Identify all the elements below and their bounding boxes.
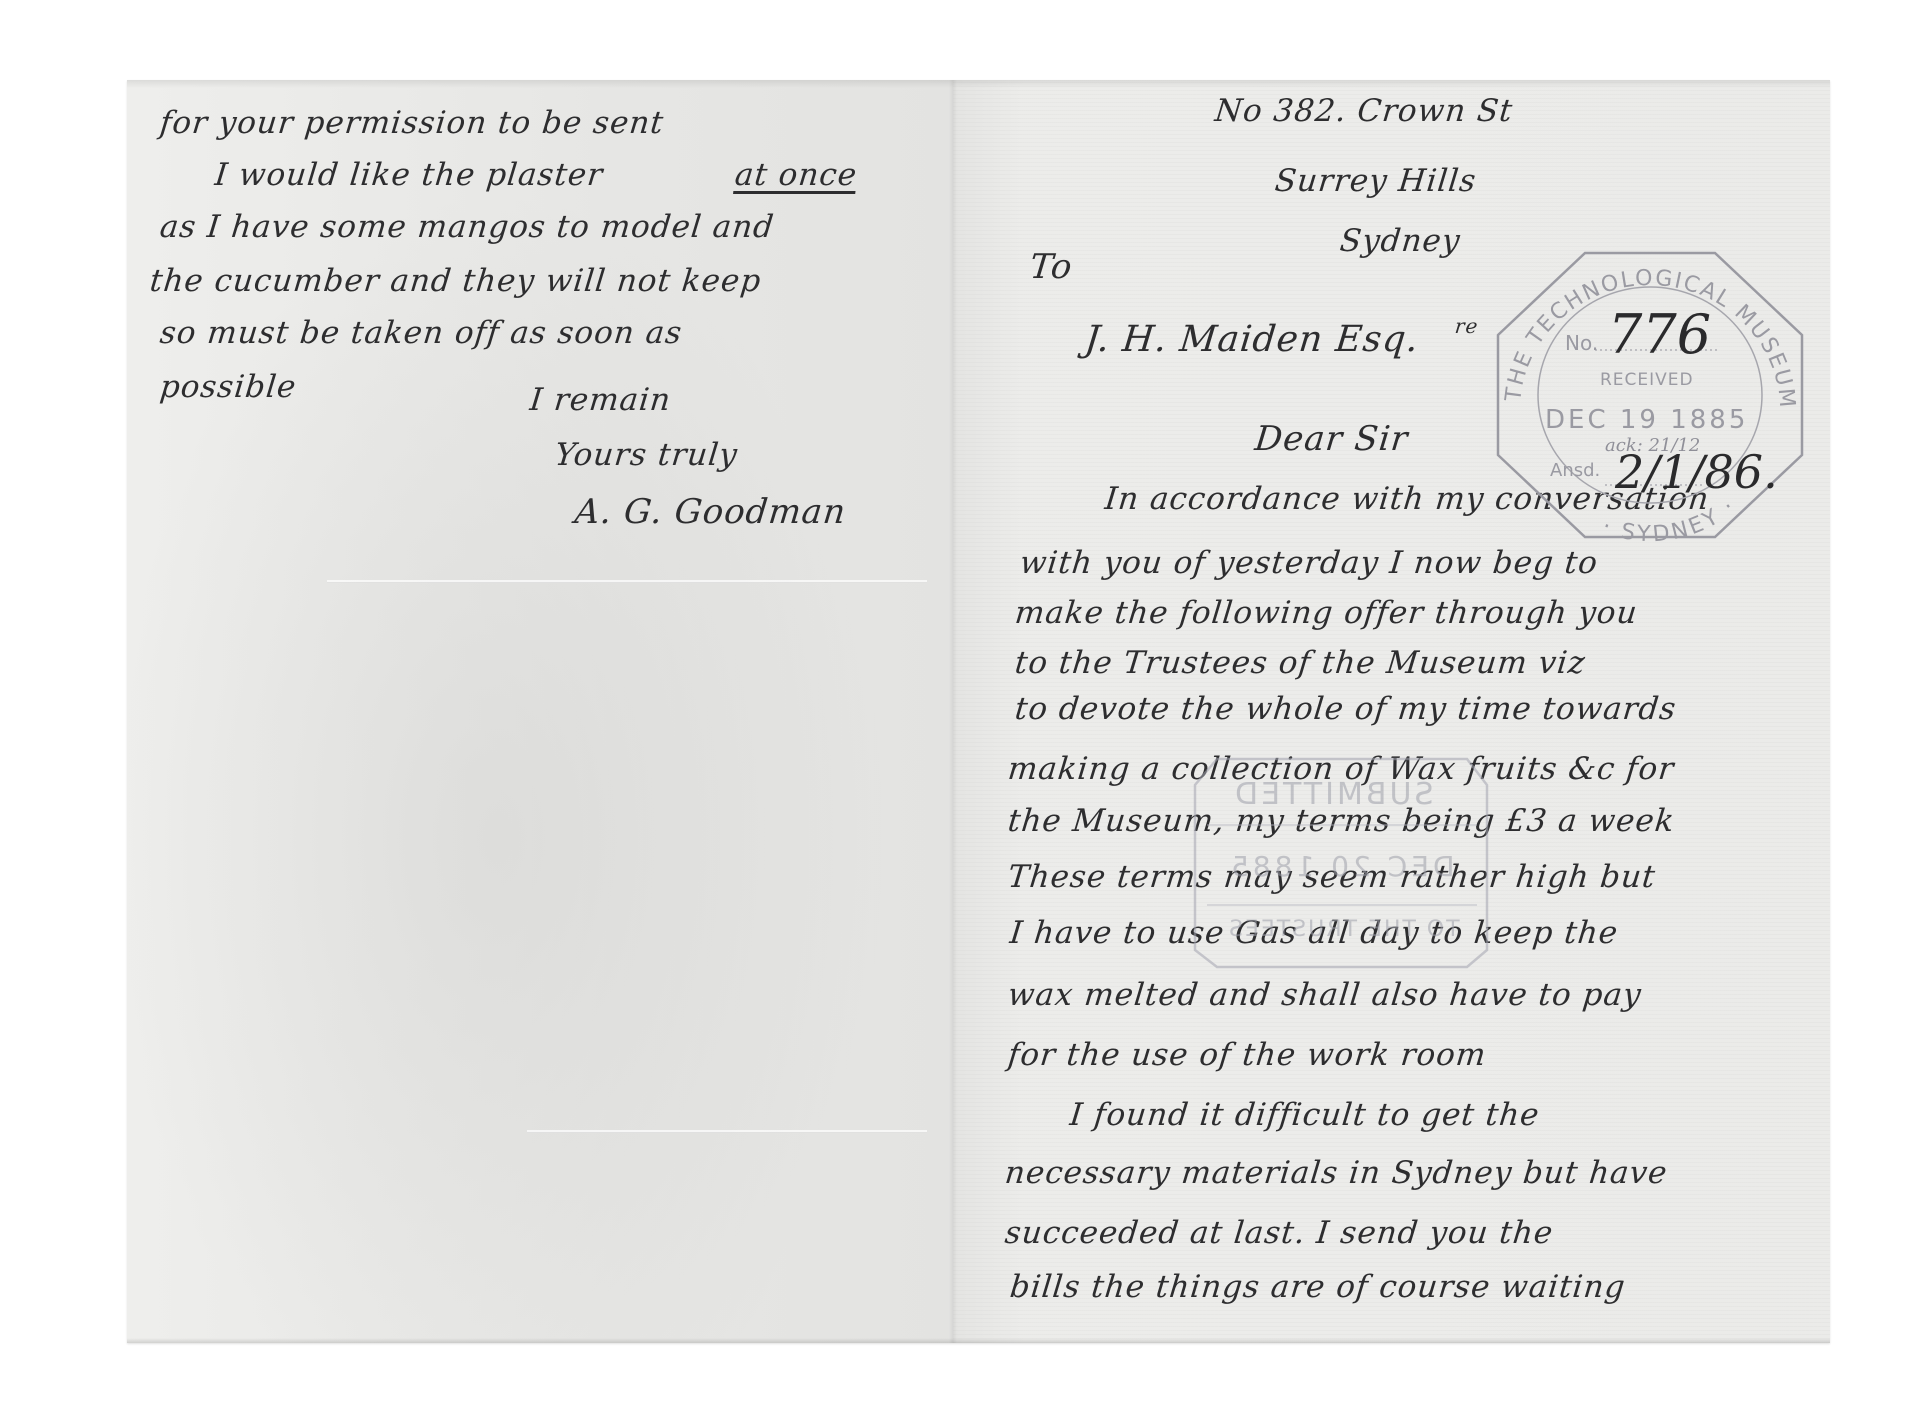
stamp-answered-date: 2/1/86. <box>1615 445 1778 499</box>
left-line-2: I would like the plaster <box>213 160 604 191</box>
body-line-12: I found it difficult to get the <box>1068 1100 1541 1131</box>
body-line-10: wax melted and shall also have to pay <box>1006 980 1643 1011</box>
bleed-through-stamp: SUBMITTED DEC 20 1885 TO THE TRUSTEES <box>1187 755 1497 970</box>
to-label: To <box>1028 250 1074 284</box>
address-line-2: Surrey Hills <box>1273 166 1478 197</box>
ghost-stamp-line-1: SUBMITTED <box>1232 777 1434 812</box>
stamp-answered-label: Ansd. <box>1550 460 1600 481</box>
body-line-13: necessary materials in Sydney but have <box>1003 1158 1669 1189</box>
ghost-stamp-line-2: DEC 20 1885 <box>1227 850 1455 883</box>
left-line-2-emphasis: at once <box>733 160 858 191</box>
valediction-yours-truly: Yours truly <box>553 440 739 471</box>
stamp-number-value: 776 <box>1608 303 1711 366</box>
stamp-received-label: RECEIVED <box>1600 370 1694 390</box>
recipient-re: re <box>1454 316 1480 336</box>
page-fold <box>949 80 957 1343</box>
body-line-3: make the following offer through you <box>1013 598 1639 629</box>
left-line-5: so must be taken off as soon as <box>158 318 683 349</box>
signature: A. G. Goodman <box>573 495 848 529</box>
address-line-1: No 382. Crown St <box>1213 96 1514 127</box>
recipient-name: J. H. Maiden Esq. <box>1083 322 1421 358</box>
left-line-4: the cucumber and they will not keep <box>148 266 762 297</box>
salutation: Dear Sir <box>1253 422 1410 456</box>
museum-received-stamp: THE TECHNOLOGICAL MUSEUM. · SYDNEY · No.… <box>1490 245 1800 535</box>
body-line-14: succeeded at last. I send you the <box>1003 1218 1554 1249</box>
body-line-4: to the Trustees of the Museum viz <box>1013 648 1587 679</box>
left-line-3: as I have some mangos to model and <box>158 212 775 243</box>
ghost-stamp-line-3: TO THE TRUSTEES <box>1227 917 1460 942</box>
paper-crease <box>327 580 927 583</box>
body-line-5: to devote the whole of my time towards <box>1013 694 1678 725</box>
left-line-1: for your permission to be sent <box>158 108 665 139</box>
stamp-number-label: No. <box>1565 331 1598 355</box>
octagon-stamp-border-icon: THE TECHNOLOGICAL MUSEUM. · SYDNEY · <box>1490 245 1810 545</box>
body-line-11: for the use of the work room <box>1006 1040 1488 1071</box>
paper-crease <box>527 1130 927 1133</box>
address-line-3: Sydney <box>1338 226 1462 257</box>
valediction-remain: I remain <box>528 385 672 416</box>
body-line-2: with you of yesterday I now beg to <box>1018 548 1599 579</box>
paper-top-edge <box>127 80 1830 88</box>
paper-bottom-edge <box>127 1338 1830 1343</box>
body-line-15: bills the things are of course waiting <box>1008 1272 1627 1303</box>
stamp-received-date: DEC 19 1885 <box>1545 405 1748 435</box>
left-line-6: possible <box>158 372 298 403</box>
